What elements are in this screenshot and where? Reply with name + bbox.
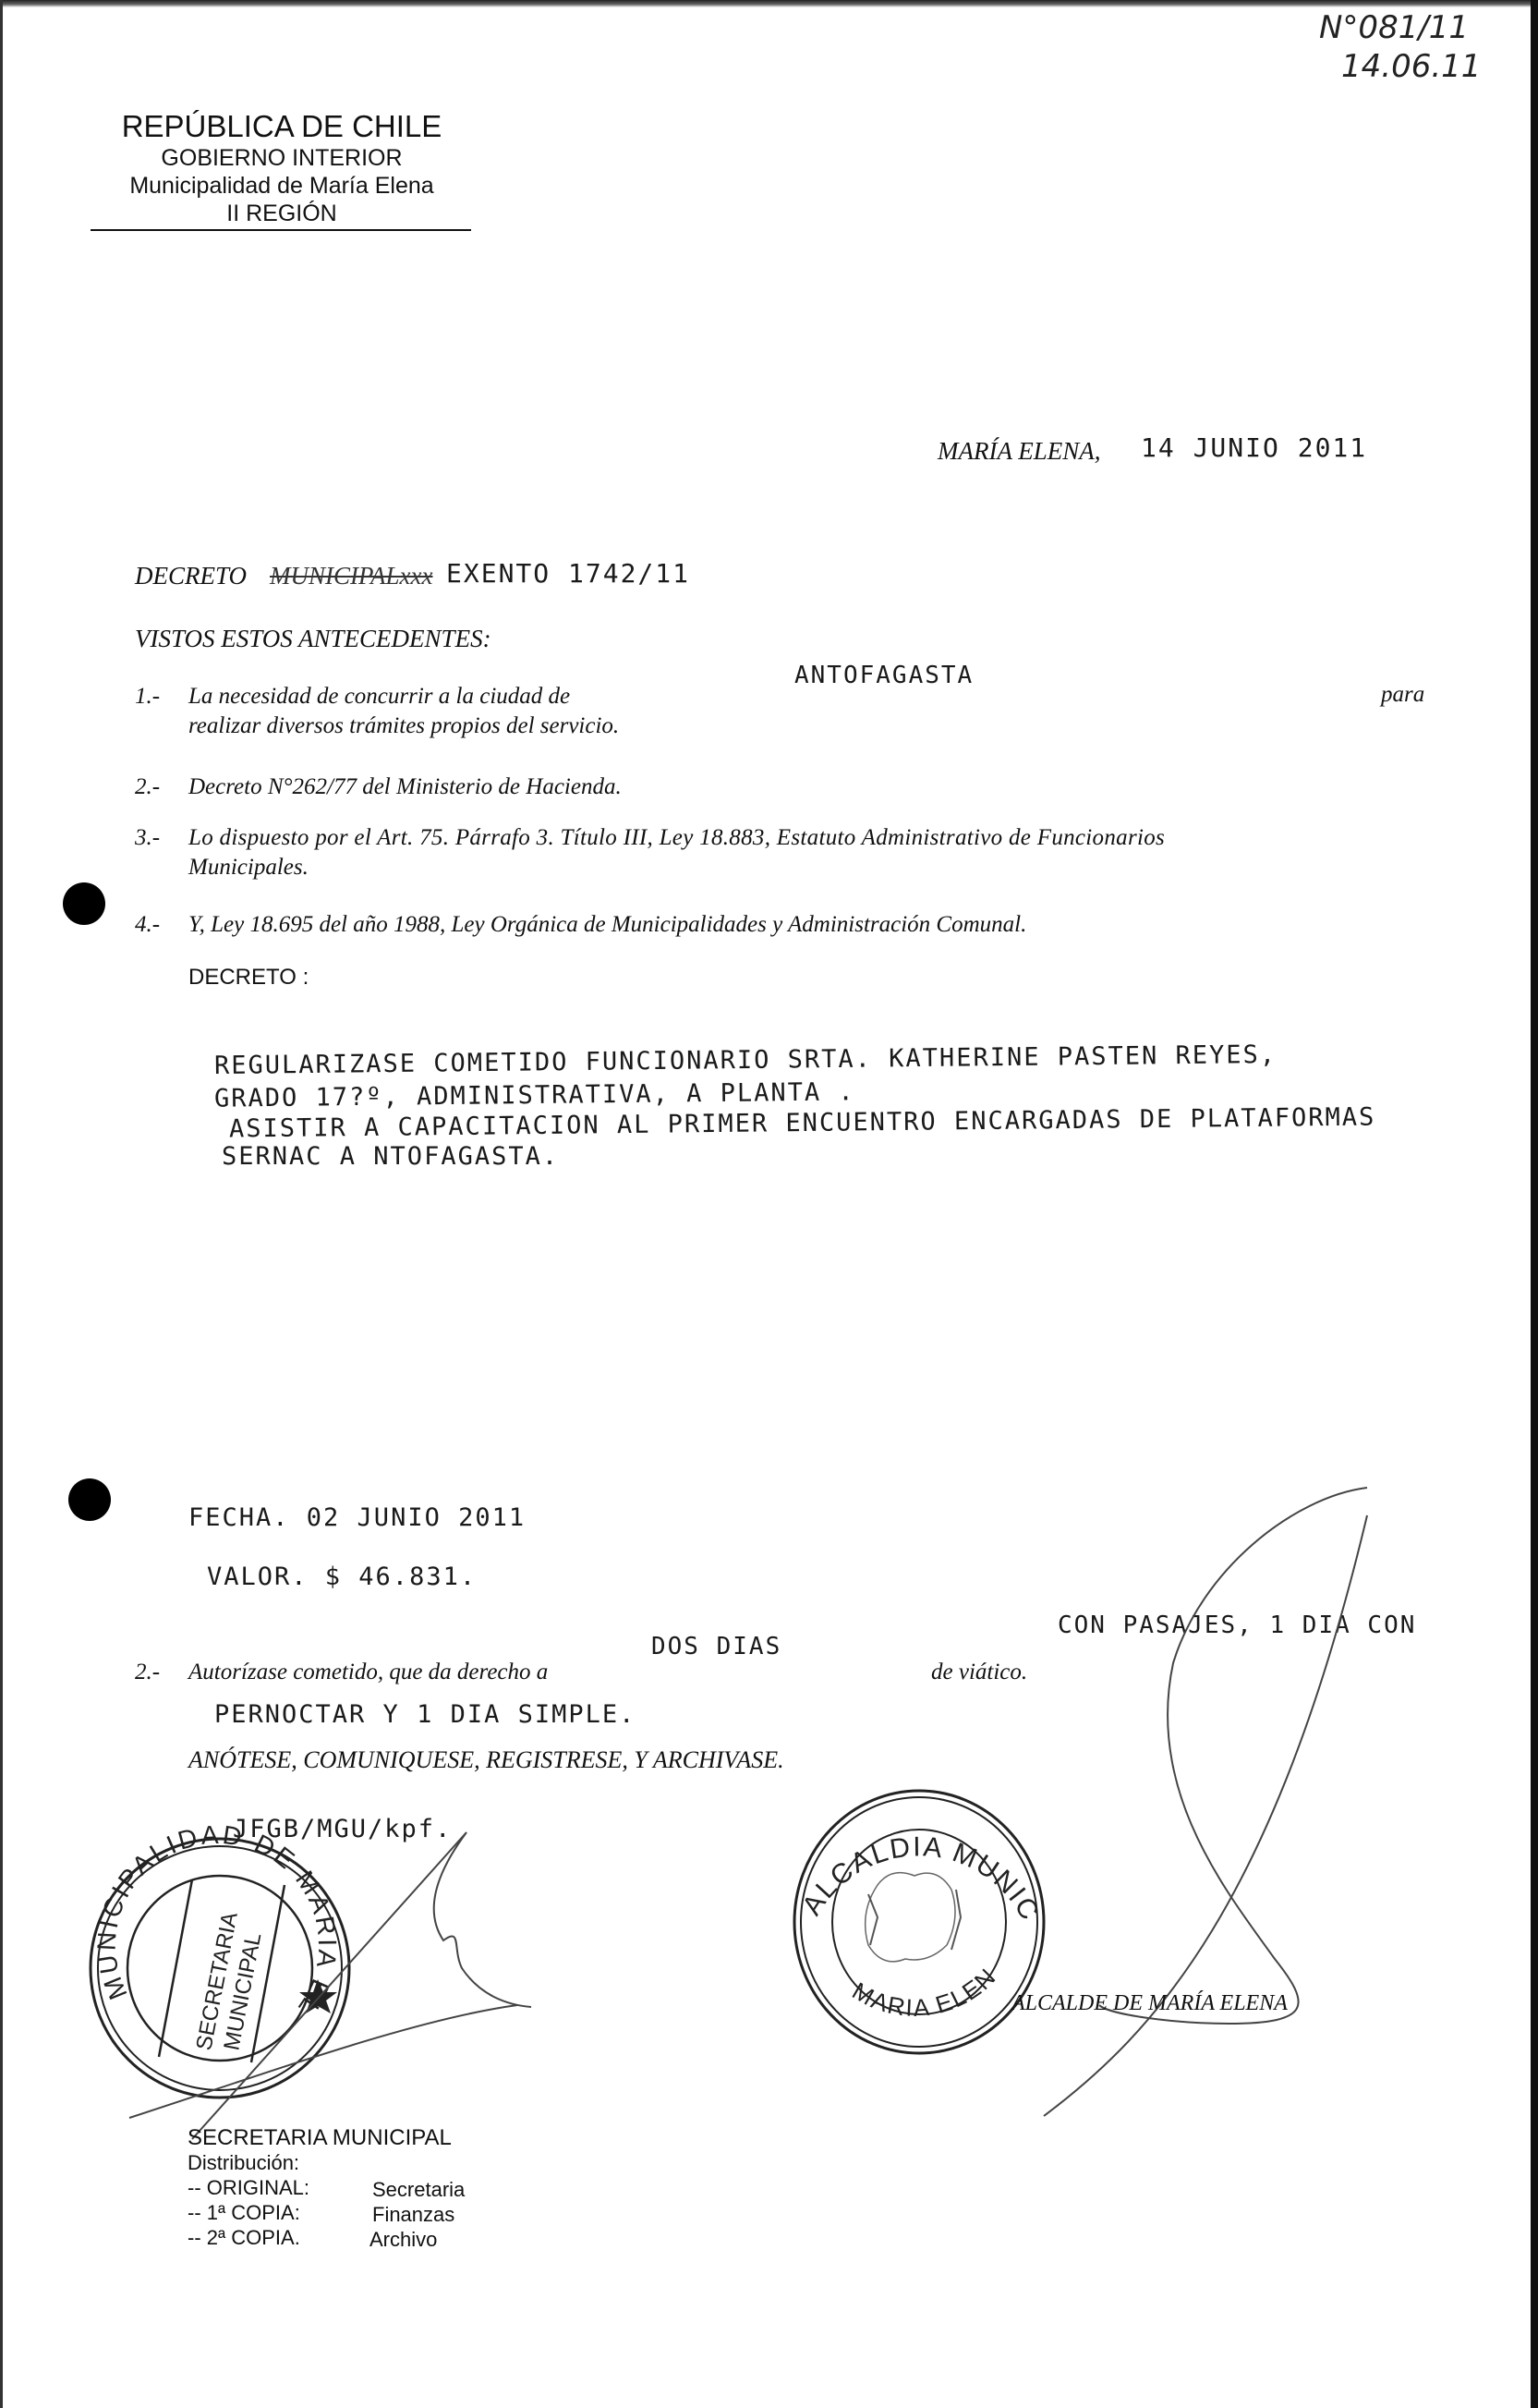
distribution-heading: Distribución:: [188, 2151, 299, 2175]
dist-dest-2: Finanzas: [372, 2203, 454, 2227]
dist-dest-3: Archivo: [369, 2228, 437, 2252]
dist-label-1: -- ORIGINAL:: [188, 2176, 309, 2200]
mayor-signature: [1044, 1488, 1367, 2116]
dist-label-3: -- 2ª COPIA.: [188, 2226, 300, 2250]
dist-dest-1: Secretaria: [372, 2178, 465, 2202]
stamps-and-signatures: MUNICIPALIDAD DE MARIA ELENA SECRETARIA …: [0, 0, 1538, 2408]
dist-label-2: -- 1ª COPIA:: [188, 2201, 300, 2225]
left-stamp-outer-text: MUNICIPALIDAD DE MARIA ELENA: [0, 0, 342, 2023]
secretary-title: SECRETARIA MUNICIPAL: [188, 2125, 452, 2151]
mayor-title: ALCALDE DE MARÍA ELENA: [1011, 1991, 1288, 2016]
right-stamp-top-text: ALCALDIA MUNICIPAL: [0, 0, 1046, 1927]
right-stamp-bottom-text: MARIA ELENA: [0, 0, 1002, 2022]
